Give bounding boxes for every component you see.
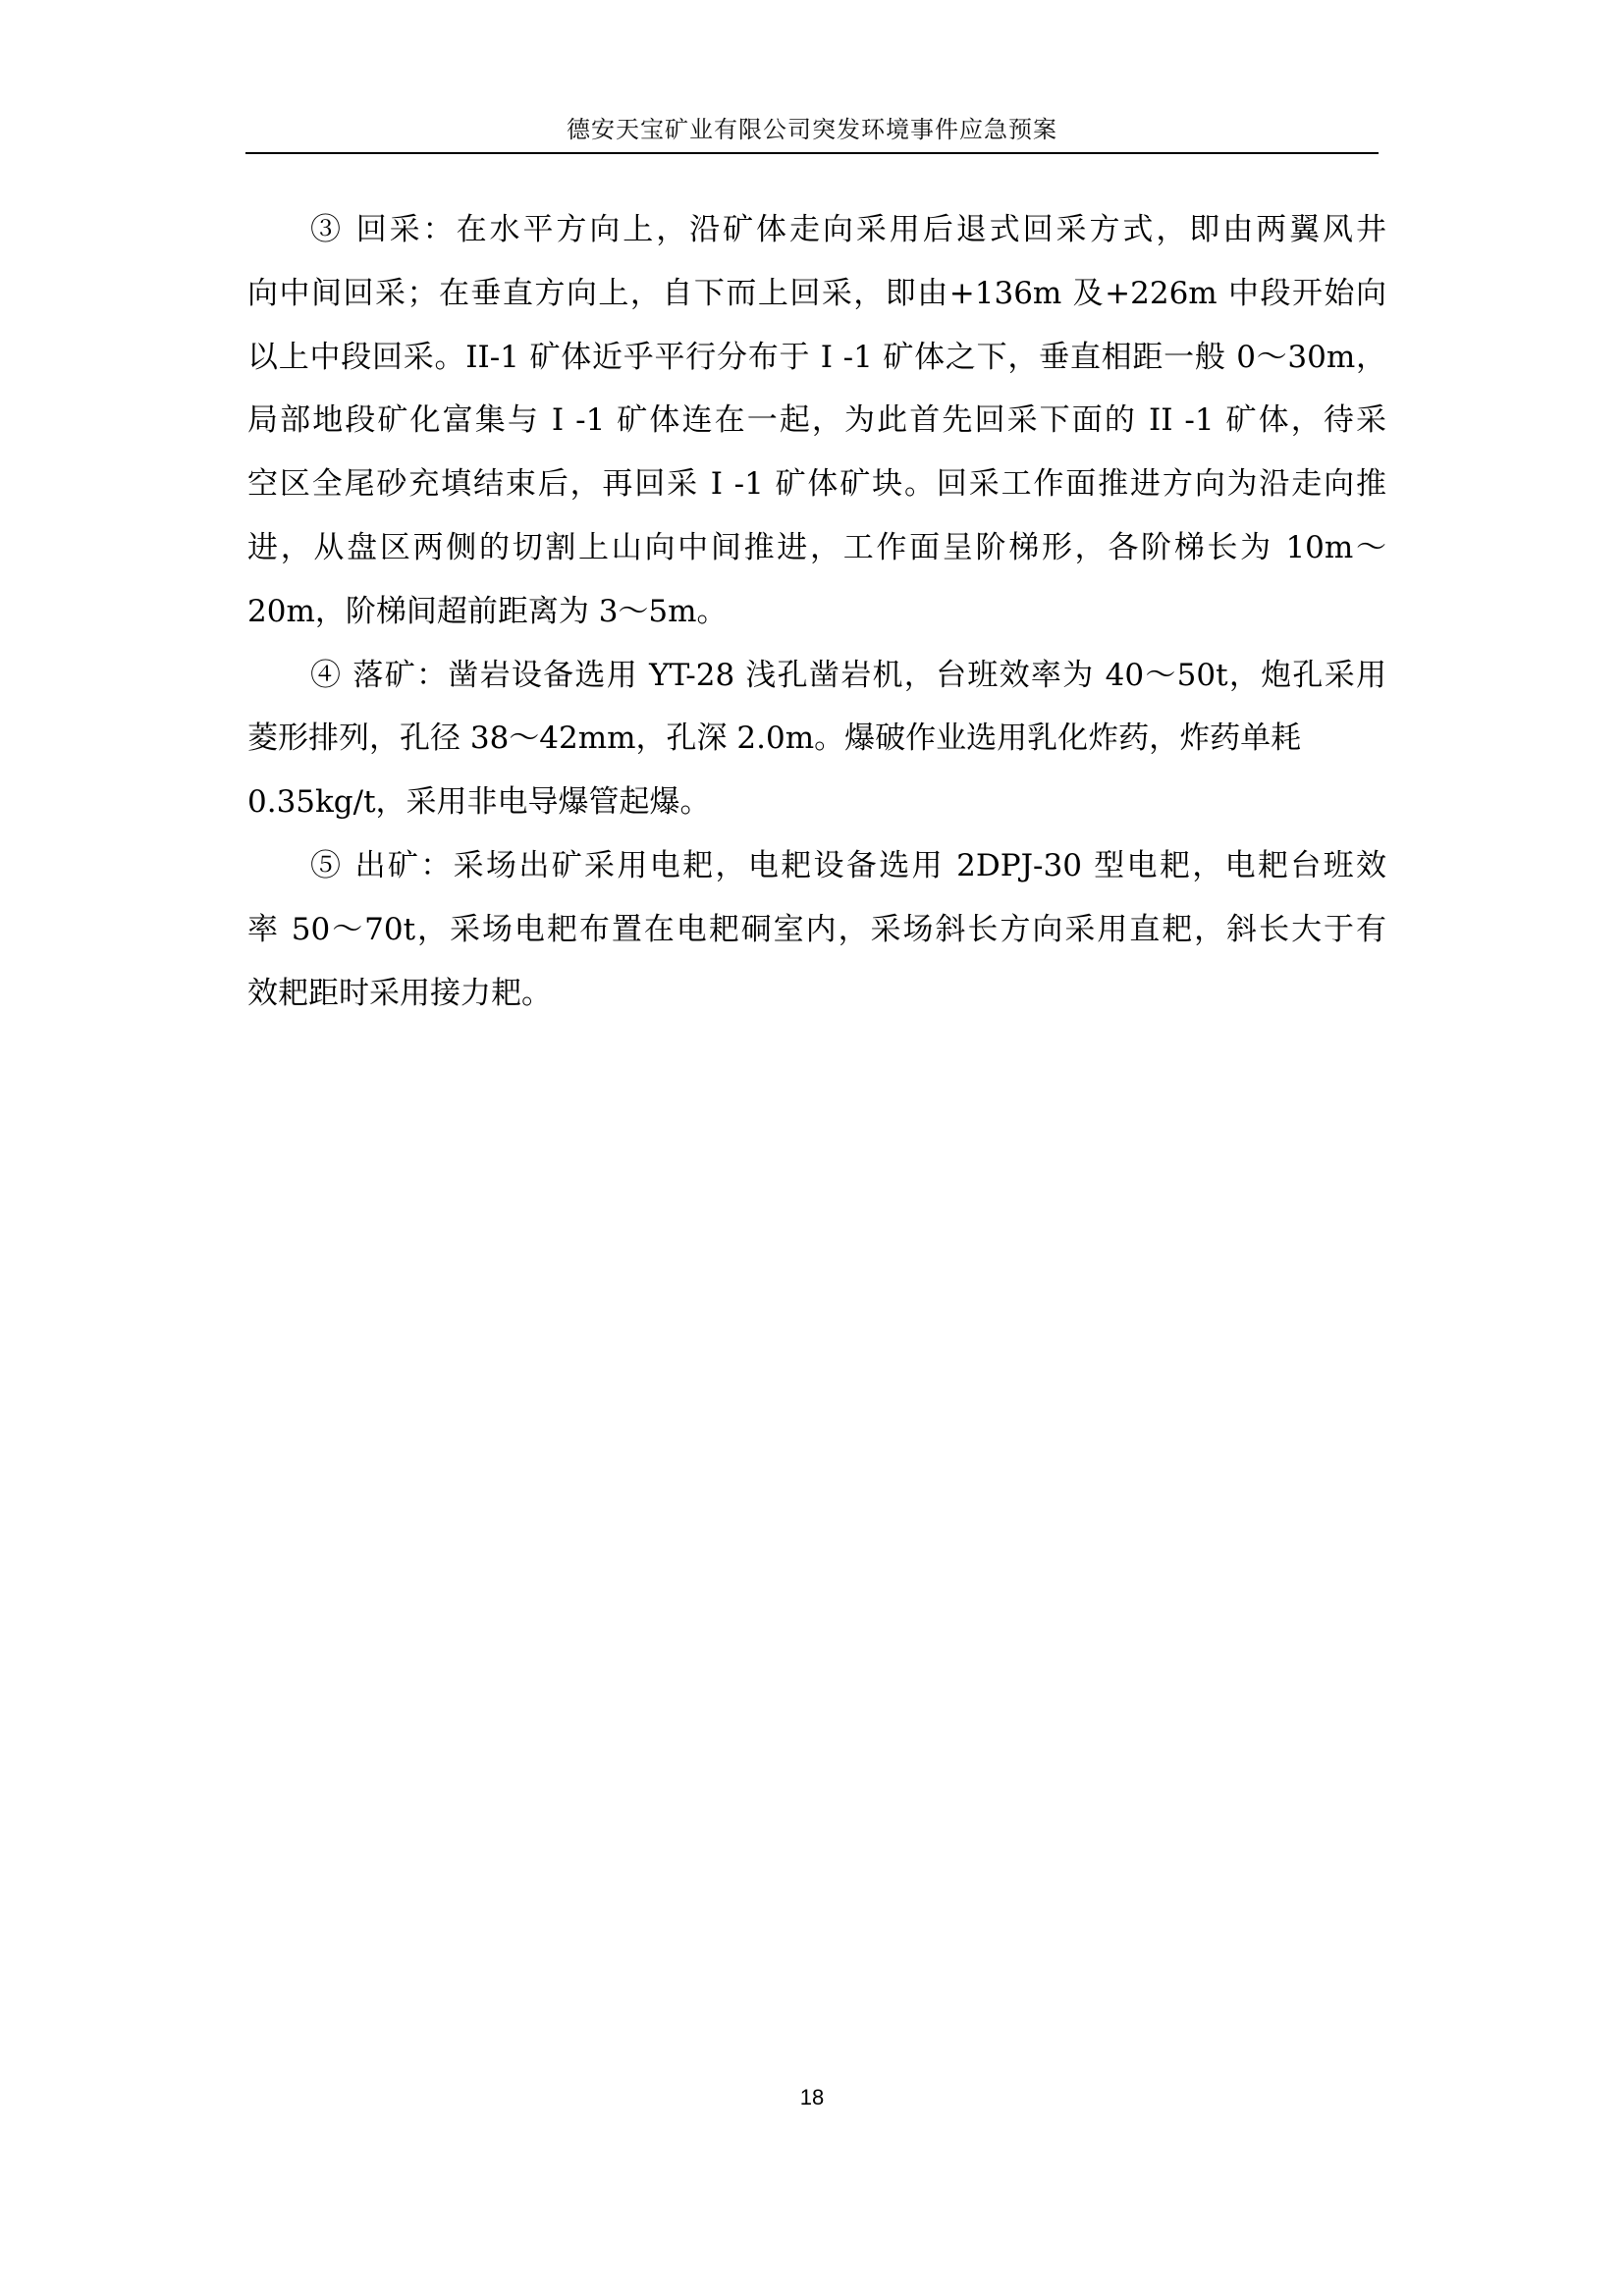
text-line: ④ 落矿：凿岩设备选用 YT-28 浅孔凿岩机，台班效率为 40～50t，炮孔采… <box>247 644 1386 708</box>
paragraph-ore-removal: ⑤ 出矿：采场出矿采用电耙，电耙设备选用 2DPJ-30 型电耙，电耙台班效 率… <box>247 834 1386 1025</box>
text-line: 局部地段矿化富集与 I -1 矿体连在一起，为此首先回采下面的 II -1 矿体… <box>247 389 1386 453</box>
text-line: ③ 回采：在水平方向上，沿矿体走向采用后退式回采方式，即由两翼风井 <box>247 198 1386 262</box>
text-line: 率 50～70t，采场电耙布置在电耙硐室内，采场斜长方向采用直耙，斜长大于有 <box>247 898 1386 962</box>
text-line: 进，从盘区两侧的切割上山向中间推进，工作面呈阶梯形，各阶梯长为 10m～ <box>247 516 1386 580</box>
document-page: 德安天宝矿业有限公司突发环境事件应急预案 ③ 回采：在水平方向上，沿矿体走向采用… <box>0 0 1624 2296</box>
header-divider <box>245 152 1379 154</box>
paragraph-ore-breaking: ④ 落矿：凿岩设备选用 YT-28 浅孔凿岩机，台班效率为 40～50t，炮孔采… <box>247 644 1386 834</box>
text-line: 向中间回采；在垂直方向上，自下而上回采，即由+136m 及+226m 中段开始向 <box>247 262 1386 326</box>
text-line: 效耙距时采用接力耙。 <box>247 962 1386 1026</box>
body-text: ③ 回采：在水平方向上，沿矿体走向采用后退式回采方式，即由两翼风井 向中间回采；… <box>247 198 1386 1025</box>
text-line: 空区全尾砂充填结束后，再回采 I -1 矿体矿块。回采工作面推进方向为沿走向推 <box>247 453 1386 516</box>
page-number: 18 <box>0 2085 1624 2110</box>
text-line: 20m，阶梯间超前距离为 3～5m。 <box>247 580 1386 644</box>
text-line: ⑤ 出矿：采场出矿采用电耙，电耙设备选用 2DPJ-30 型电耙，电耙台班效 <box>247 834 1386 898</box>
text-line: 0.35kg/t，采用非电导爆管起爆。 <box>247 771 1386 834</box>
text-line: 以上中段回采。II-1 矿体近乎平行分布于 I -1 矿体之下，垂直相距一般 0… <box>247 326 1386 390</box>
running-header-title: 德安天宝矿业有限公司突发环境事件应急预案 <box>245 114 1379 145</box>
text-line: 菱形排列，孔径 38～42mm，孔深 2.0m。爆破作业选用乳化炸药，炸药单耗 <box>247 707 1386 771</box>
paragraph-stoping: ③ 回采：在水平方向上，沿矿体走向采用后退式回采方式，即由两翼风井 向中间回采；… <box>247 198 1386 644</box>
